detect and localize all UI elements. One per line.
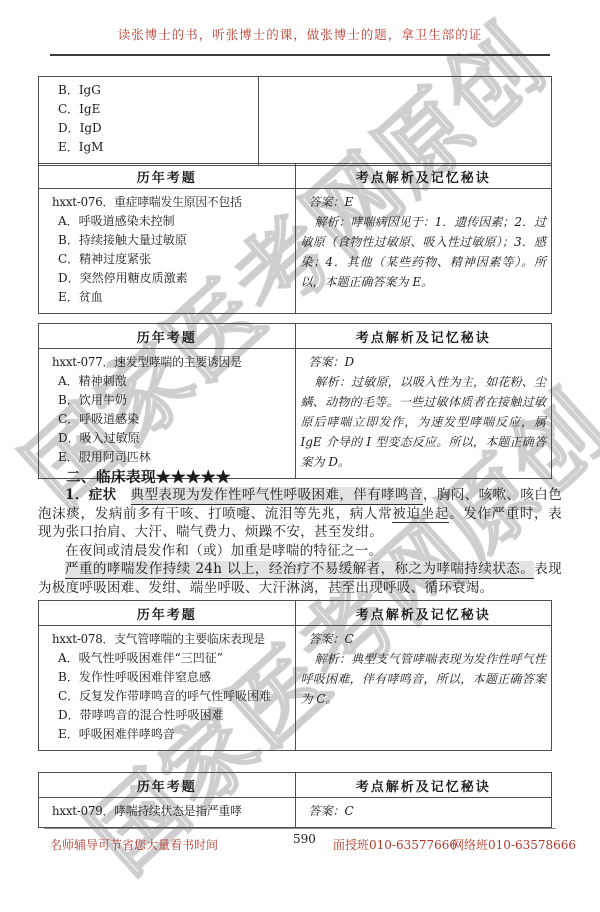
page-number: 590 xyxy=(293,832,316,846)
symptoms-label: 1．症状 xyxy=(65,487,117,503)
footer-slogan: 名师辅导可节省您大量看书时间 xyxy=(50,836,218,853)
question-text: hxxt-077．速发型哮喘的主要诱因是 xyxy=(44,353,293,372)
analysis-text: 解析：过敏原，以吸入性为主，如花粉、尘螨、动物的毛等。一些过敏体质者在接触过敏原… xyxy=(301,372,550,472)
section-title: 二、临床表现★★★★★ xyxy=(66,466,231,487)
answer-text: 答案：E xyxy=(301,193,550,212)
qa-table-hxxt-076: 历年考题 考点解析及记忆秘诀 hxxt-076．重症哮喘发生原因不包括 A．呼吸… xyxy=(38,163,552,314)
option-line: B．持续接触大量过敏原 xyxy=(44,231,293,250)
analysis-cell: 答案：E 解析：哮喘病因见于：1．遗传因素；2．过敏原（食物性过敏原、吸入性过敏… xyxy=(295,189,552,314)
answer-text: 答案：C xyxy=(301,802,550,821)
column-header-analysis: 考点解析及记忆秘诀 xyxy=(295,601,552,626)
analysis-cell: 答案：D 解析：过敏原，以吸入性为主，如花粉、尘螨、动物的毛等。一些过敏体质者在… xyxy=(295,349,552,479)
option-line: A．呼吸道感染未控制 xyxy=(44,212,293,231)
option-line: B．发作性呼吸困难伴窒息感 xyxy=(44,668,293,687)
answer-text: 答案：D xyxy=(301,353,550,372)
column-header-analysis: 考点解析及记忆秘诀 xyxy=(295,773,552,798)
option-line: E．服用阿司匹林 xyxy=(44,448,293,467)
option-line: C．反复发作带哮鸣音的呼气性呼吸困难 xyxy=(44,687,293,706)
question-cell: hxxt-076．重症哮喘发生原因不包括 A．呼吸道感染未控制B．持续接触大量过… xyxy=(39,189,296,314)
key-point-highlight: 严重的哮喘发作持续 24h 以上，经治疗不易缓解者，称之为哮喘持续状态。 xyxy=(65,561,534,579)
column-header-analysis: 考点解析及记忆秘诀 xyxy=(295,324,552,349)
option-line: E．贫血 xyxy=(44,288,293,307)
question-text: hxxt-079．哮喘持续状态是指严重哮 xyxy=(44,802,293,821)
header-divider xyxy=(50,54,550,56)
status-asthmaticus-paragraph: 严重的哮喘发作持续 24h 以上，经治疗不易缓解者，称之为哮喘持续状态。表现为极… xyxy=(38,560,562,597)
question-text: hxxt-078．支气管哮喘的主要临床表现是 xyxy=(44,630,293,649)
column-header-analysis: 考点解析及记忆秘诀 xyxy=(295,164,552,189)
option-line: D．突然停用糖皮质激素 xyxy=(44,269,293,288)
option-line: A．吸气性呼吸困难伴“三凹征” xyxy=(44,649,293,668)
question-cell: hxxt-079．哮喘持续状态是指严重哮 xyxy=(39,798,296,828)
analysis-text: 解析：典型支气管哮喘表现为发作性呼气性呼吸困难，伴有哮鸣音，所以，本题正确答案为… xyxy=(301,649,550,709)
option-line: C．IgE xyxy=(44,100,256,119)
column-header-questions: 历年考题 xyxy=(39,324,296,349)
section-body: 1．症状 典型表现为发作性呼气性呼吸困难，伴有哮鸣音，胸闷、咳嗽、咳白色泡沫痰，… xyxy=(38,486,562,597)
qa-table-hxxt-078: 历年考题 考点解析及记忆秘诀 hxxt-078．支气管哮喘的主要临床表现是 A．… xyxy=(38,600,552,751)
option-line: C．呼吸道感染 xyxy=(44,410,293,429)
question-cell: hxxt-077．速发型哮喘的主要诱因是 A．精神刺激B．饮用牛奶C．呼吸道感染… xyxy=(39,349,296,479)
symptoms-paragraph: 1．症状 典型表现为发作性呼气性呼吸困难，伴有哮鸣音，胸闷、咳嗽、咳白色泡沫痰，… xyxy=(38,486,562,542)
analysis-cell: 答案：C xyxy=(295,798,552,828)
qa-table-hxxt-077: 历年考题 考点解析及记忆秘诀 hxxt-077．速发型哮喘的主要诱因是 A．精神… xyxy=(38,323,552,479)
option-line: A．精神刺激 xyxy=(44,372,293,391)
option-line: D．吸入过敏原 xyxy=(44,429,293,448)
option-line: E．呼吸困难伴哮鸣音 xyxy=(44,725,293,744)
header-slogan: 读张博士的书，听张博士的课，做张博士的题，拿卫生部的证 xyxy=(0,25,600,43)
column-header-questions: 历年考题 xyxy=(39,773,296,798)
footer-phone-online: 网络班010-63578666 xyxy=(452,836,576,853)
option-line: D．IgD xyxy=(44,119,256,138)
scanned-document-page: 国家医考网原创 国家医考网原创 读张博士的书，听张博士的课，做张博士的题，拿卫生… xyxy=(0,0,600,912)
question-text: hxxt-076．重症哮喘发生原因不包括 xyxy=(44,193,293,212)
analysis-cell: 答案：C 解析：典型支气管哮喘表现为发作性呼气性呼吸困难，伴有哮鸣音，所以，本题… xyxy=(295,626,552,751)
option-line: B．饮用牛奶 xyxy=(44,391,293,410)
column-header-questions: 历年考题 xyxy=(39,601,296,626)
question-cell: hxxt-078．支气管哮喘的主要临床表现是 A．吸气性呼吸困难伴“三凹征”B．… xyxy=(39,626,296,751)
analysis-text: 解析：哮喘病因见于：1．遗传因素；2．过敏原（食物性过敏原、吸入性过敏原）；3．… xyxy=(301,212,550,292)
option-line: C．精神过度紧张 xyxy=(44,250,293,269)
column-header-questions: 历年考题 xyxy=(39,164,296,189)
option-line: E．IgM xyxy=(44,138,256,157)
empty-cell xyxy=(259,77,552,166)
options-continuation-table: B．IgGC．IgED．IgDE．IgM xyxy=(38,76,552,166)
key-point-highlight: 典型表现为发作性呼气性呼吸困难，伴有哮鸣音 xyxy=(131,487,423,505)
option-line: B．IgG xyxy=(44,81,256,100)
options-cell: B．IgGC．IgED．IgDE．IgM xyxy=(39,77,259,166)
night-onset-paragraph: 在夜间或清晨发作和（或）加重是哮喘的特征之一。 xyxy=(38,542,562,561)
option-line: D．带哮鸣音的混合性呼吸困难 xyxy=(44,706,293,725)
underlined-phrase: 被迫坐起 xyxy=(392,506,449,524)
footer-divider xyxy=(44,828,556,829)
answer-text: 答案：C xyxy=(301,630,550,649)
qa-table-hxxt-079: 历年考题 考点解析及记忆秘诀 hxxt-079．哮喘持续状态是指严重哮 答案：C xyxy=(38,772,552,828)
footer-phone-onsite: 面授班010-63577666 xyxy=(333,836,457,853)
